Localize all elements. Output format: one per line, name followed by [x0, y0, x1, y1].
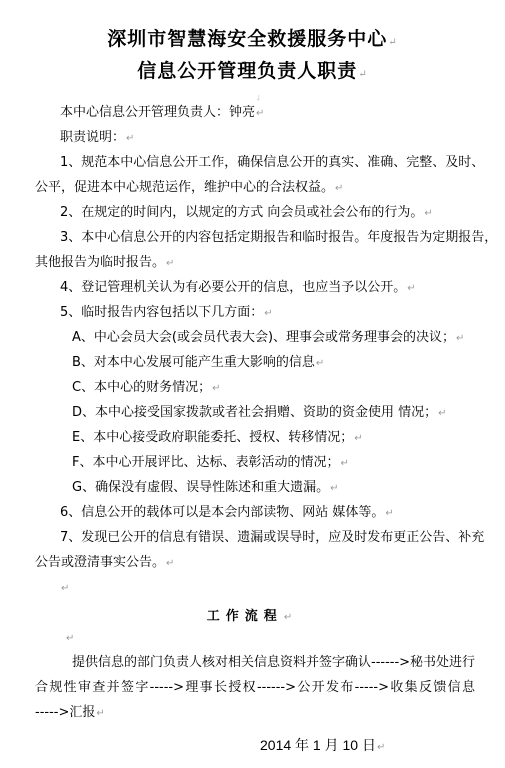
paragraph-mark-icon: ↵	[61, 583, 69, 594]
sub-item-g: G、确保没有虚假、误导性陈述和重大遗漏。↵	[72, 480, 338, 497]
sub-item-a: A、中心会员大会(或会员代表大会)、理事会或常务理事会的决议；↵	[72, 330, 464, 347]
responsible-person: 本中心信息公开管理负责人：钟亮↵	[60, 105, 264, 122]
paragraph-mark-icon: ↵	[66, 633, 74, 644]
duty-item-3: 3、本中心信息公开的内容包括定期报告和临时报告。年度报告为定期报告，	[60, 230, 475, 246]
empty-paragraph-mark-icon: ˩	[256, 93, 260, 102]
workflow-line-3: ----->汇报↵	[35, 705, 105, 722]
duty-item-6: 6、信息公开的载体可以是本会内部读物、网站 媒体等。↵	[60, 505, 394, 522]
document-title-org: 深圳市智慧海安全救援服务中心↵	[0, 24, 505, 51]
duty-item-5: 5、临时报告内容包括以下几方面：↵	[60, 305, 273, 322]
duty-item-7-cont: 公告或澄清事实公告。↵	[35, 555, 174, 572]
sub-item-f: F、本中心开展评比、达标、表彰活动的情况；↵	[72, 455, 349, 472]
sub-item-b: B、对本中心发展可能产生重大影响的信息↵	[72, 355, 324, 372]
sub-item-d: D、本中心接受国家拨款或者社会捐赠、资助的资金使用 情况；↵	[72, 405, 447, 422]
document-title-role: 信息公开管理负责人职责↵	[0, 56, 505, 83]
duty-item-2: 2、在规定的时间内，以规定的方式 向会员或社会公布的行为。↵	[60, 205, 433, 222]
paragraph-mark-icon: ↵	[358, 69, 367, 80]
workflow-line-2: 合规性审查并签字----->理事长授权------>公开发布----->收集反馈…	[35, 680, 475, 696]
duties-heading: 职责说明：↵	[60, 130, 134, 147]
sub-item-e: E、本中心接受政府职能委托、授权、转移情况；↵	[72, 430, 363, 447]
document-date: 2014 年 1 月 10 日↵	[260, 735, 385, 755]
sub-item-c: C、本中心的财务情况；↵	[72, 380, 220, 397]
empty-paragraph: ↵	[60, 580, 69, 597]
paragraph-mark-icon: ↵	[388, 37, 397, 48]
duty-item-7: 7、发现已公开的信息有错误、遗漏或误导时，应及时发布更正公告、补充	[60, 530, 475, 546]
duty-item-3-cont: 其他报告为临时报告。↵	[35, 255, 174, 272]
workflow-line-1: 提供信息的部门负责人核对相关信息资料并签字确认------>秘书处进行	[72, 655, 475, 671]
duty-item-1-cont: 公平，促进本中心规范运作，维护中心的合法权益。↵	[35, 180, 343, 197]
duty-item-1: 1、规范本中心信息公开工作，确保信息公开的真实、准确、完整、及时、	[60, 155, 475, 171]
duty-item-4: 4、登记管理机关认为有必要公开的信息，也应当予以公开。↵	[60, 280, 416, 297]
empty-paragraph: ↵	[65, 630, 74, 647]
workflow-title: 工作流程↵	[0, 605, 505, 624]
